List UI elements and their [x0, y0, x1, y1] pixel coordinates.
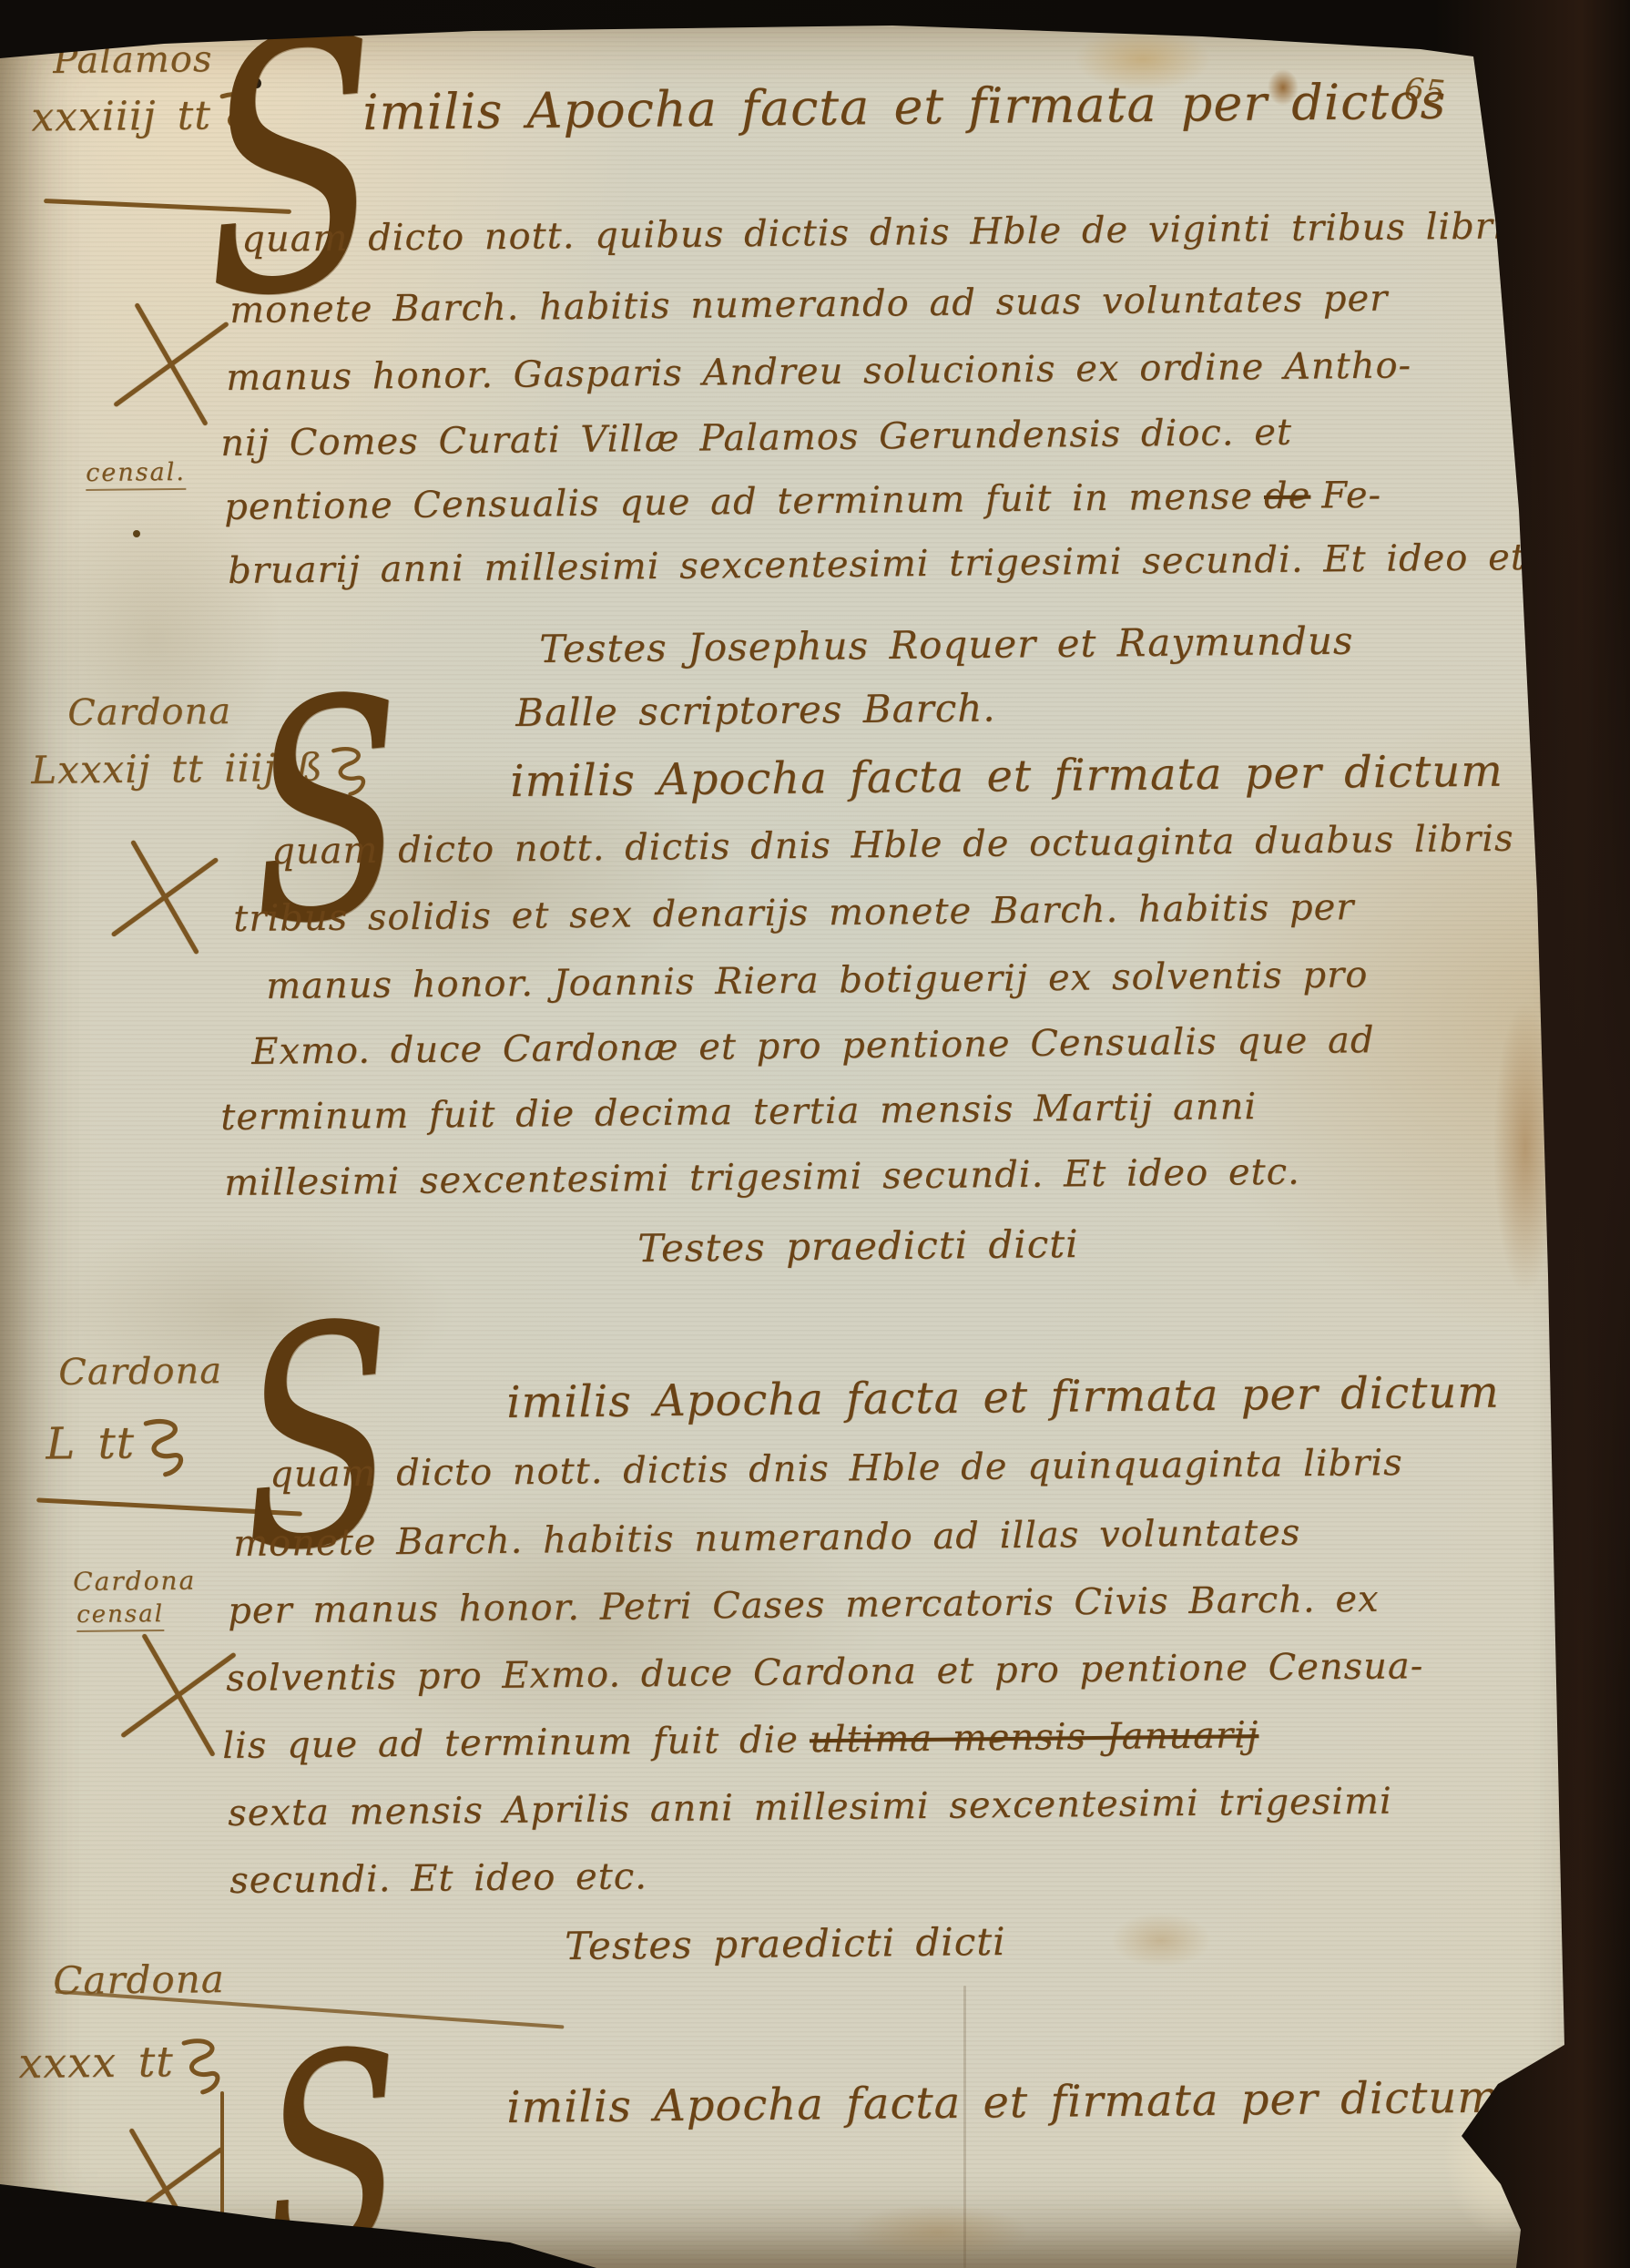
entry-line: imilis Apocha facta et firmata per dictu… [506, 2072, 1500, 2133]
entry-line: imilis Apocha facta et firmata per dicto… [362, 73, 1447, 141]
entry-initial-letter: S [196, 26, 387, 312]
line-text: lis que ad terminum fuit die [222, 1719, 799, 1767]
struck-text: ultima mensis Januarij [810, 1714, 1259, 1761]
paraph-flourish-icon [140, 1414, 190, 1478]
margin-amount-text: L tt [46, 1417, 135, 1469]
margin-amount-text: xxxx tt [18, 2037, 174, 2088]
margin-amount: xxxx tt [18, 2035, 227, 2097]
margin-place-name: Palamos [53, 38, 213, 82]
margin-place-name: Cardona [67, 690, 231, 734]
margin-vertical-stroke [220, 2091, 224, 2252]
margin-place-name: Cardona [58, 1350, 222, 1394]
margin-amount: L tt [46, 1414, 189, 1479]
entry-line: imilis Apocha facta et firmata per dictu… [506, 1367, 1500, 1428]
witnesses-line: Testes Josephus Roquer et Raymundus [539, 618, 1354, 671]
witnesses-line: Balle scriptores Barch. [515, 685, 996, 735]
cross-mark [102, 2135, 229, 2244]
line-text: Fe- [1321, 475, 1381, 517]
witnesses-line: Testes praedicti dicti [637, 1221, 1079, 1271]
witnesses-line: Testes praedicti dicti [565, 1919, 1006, 1968]
entry-line: imilis Apocha facta et firmata per dictu… [510, 746, 1503, 807]
struck-text: de [1264, 475, 1311, 518]
cross-mark [106, 838, 224, 956]
entry-line: secundi. Et ideo etc. [229, 1855, 647, 1902]
entry-initial-letter: S [257, 2044, 408, 2268]
margin-amount-text: xxxiiij tt [31, 92, 211, 140]
margin-note-censal: censal. [86, 458, 186, 491]
manuscript-scan: { "folio": { "number": "65" }, "colors":… [0, 0, 1630, 2268]
manuscript-page: 65 Palamos xxxiiij tt censal. Cardona Lx… [0, 0, 1630, 2268]
paraph-flourish-icon [178, 2035, 227, 2096]
margin-note-place: Cardona [73, 1566, 196, 1597]
